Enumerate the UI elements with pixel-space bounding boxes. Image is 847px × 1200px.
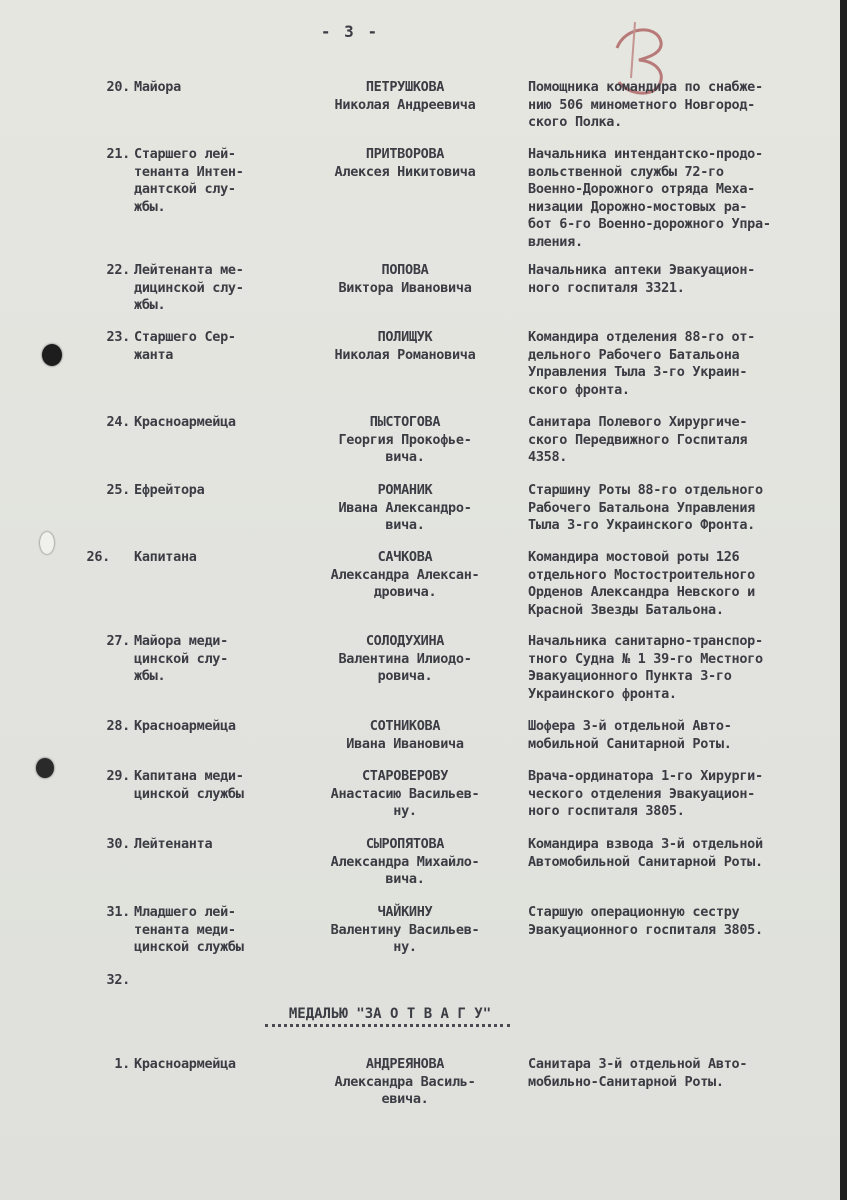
entry-name: ПОПОВА Виктора Ивановича xyxy=(290,262,520,297)
entry-number: 20. xyxy=(92,79,130,97)
entry-position: Врача-ординатора 1-го Хирурги- ческого о… xyxy=(528,768,838,821)
entry-rank: Старшего лей- тенанта Интен- дантской сл… xyxy=(134,146,294,216)
entry-number: 25. xyxy=(92,482,130,500)
section-underline xyxy=(265,1024,510,1027)
entry-number: 26. xyxy=(70,549,110,567)
entry-rank: Лейтенанта xyxy=(134,836,294,854)
entry-name: СЫРОПЯТОВА Александра Михайло- вича. xyxy=(290,836,520,889)
entry-position: Начальника санитарно-транспор- тного Суд… xyxy=(528,633,838,703)
entry-position: Санитара 3-й отдельной Авто- мобильно-Са… xyxy=(528,1056,838,1091)
entry-name: РОМАНИК Ивана Александро- вича. xyxy=(290,482,520,535)
document-page: - 3 - 20. Майора ПЕТРУШКОВА Николая Андр… xyxy=(0,0,840,1200)
entry-name: АНДРЕЯНОВА Александра Василь- евича. xyxy=(290,1056,520,1109)
entry-name: ПЫСТОГОВА Георгия Прокофье- вича. xyxy=(290,414,520,467)
section-title: МЕДАЛЬЮ "ЗА О Т В А Г У" xyxy=(0,1006,780,1022)
entry-rank: Ефрейтора xyxy=(134,482,294,500)
entry-rank: Капитана xyxy=(134,549,294,567)
entry-name: ПРИТВОРОВА Алексея Никитовича xyxy=(290,146,520,181)
entry-number: 31. xyxy=(92,904,130,922)
entry-name: СОЛОДУХИНА Валентина Илиодо- ровича. xyxy=(290,633,520,686)
entry-number: 27. xyxy=(92,633,130,651)
entry-rank: Лейтенанта ме- дицинской слу- жбы. xyxy=(134,262,294,315)
entry-number: 1. xyxy=(92,1056,130,1074)
entry-number: 21. xyxy=(92,146,130,164)
entry-position: Начальника интендантско-продо- вольствен… xyxy=(528,146,838,252)
entry-number: 29. xyxy=(92,768,130,786)
entry-position: Командира взвода 3-й отдельной Автомобил… xyxy=(528,836,838,871)
entry-rank: Красноармейца xyxy=(134,1056,294,1074)
entry-rank: Майора меди- цинской слу- жбы. xyxy=(134,633,294,686)
entry-name: ПОЛИЩУК Николая Романовича xyxy=(290,329,520,364)
entry-rank: Красноармейца xyxy=(134,718,294,736)
entry-rank: Красноармейца xyxy=(134,414,294,432)
entry-position: Командира мостовой роты 126 отдельного М… xyxy=(528,549,838,619)
entry-rank: Майора xyxy=(134,79,294,97)
entry-position: Старшую операционную сестру Эвакуационно… xyxy=(528,904,838,939)
punch-hole xyxy=(40,532,54,554)
page-number: - 3 - xyxy=(0,22,700,41)
entry-number: 28. xyxy=(92,718,130,736)
entry-name: ЧАЙКИНУ Валентину Васильев- ну. xyxy=(290,904,520,957)
entry-name: СОТНИКОВА Ивана Ивановича xyxy=(290,718,520,753)
entry-position: Шофера 3-й отдельной Авто- мобильной Сан… xyxy=(528,718,838,753)
entry-number: 23. xyxy=(92,329,130,347)
entry-rank: Младшего лей- тенанта меди- цинской служ… xyxy=(134,904,294,957)
entry-position: Командира отделения 88-го от- дельного Р… xyxy=(528,329,838,399)
entry-name: САЧКОВА Александра Алексан- дровича. xyxy=(290,549,520,602)
entry-name: СТАРОВЕРОВУ Анастасию Васильев- ну. xyxy=(290,768,520,821)
entry-position: Старшину Роты 88-го отдельного Рабочего … xyxy=(528,482,838,535)
entry-position: Начальника аптеки Эвакуацион- ного госпи… xyxy=(528,262,838,297)
entry-number: 22. xyxy=(92,262,130,280)
punch-hole xyxy=(42,344,62,366)
entry-rank: Капитана меди- цинской службы xyxy=(134,768,294,803)
entry-name: ПЕТРУШКОВА Николая Андреевича xyxy=(290,79,520,114)
entry-position: Помощника командира по снабже- нию 506 м… xyxy=(528,79,838,132)
entry-rank: Старшего Сер- жанта xyxy=(134,329,294,364)
scan-edge xyxy=(840,0,847,1200)
entry-number: 32. xyxy=(92,972,130,990)
punch-hole xyxy=(36,758,54,778)
entry-number: 30. xyxy=(92,836,130,854)
entry-position: Санитара Полевого Хирургиче- ского Перед… xyxy=(528,414,838,467)
entry-number: 24. xyxy=(92,414,130,432)
